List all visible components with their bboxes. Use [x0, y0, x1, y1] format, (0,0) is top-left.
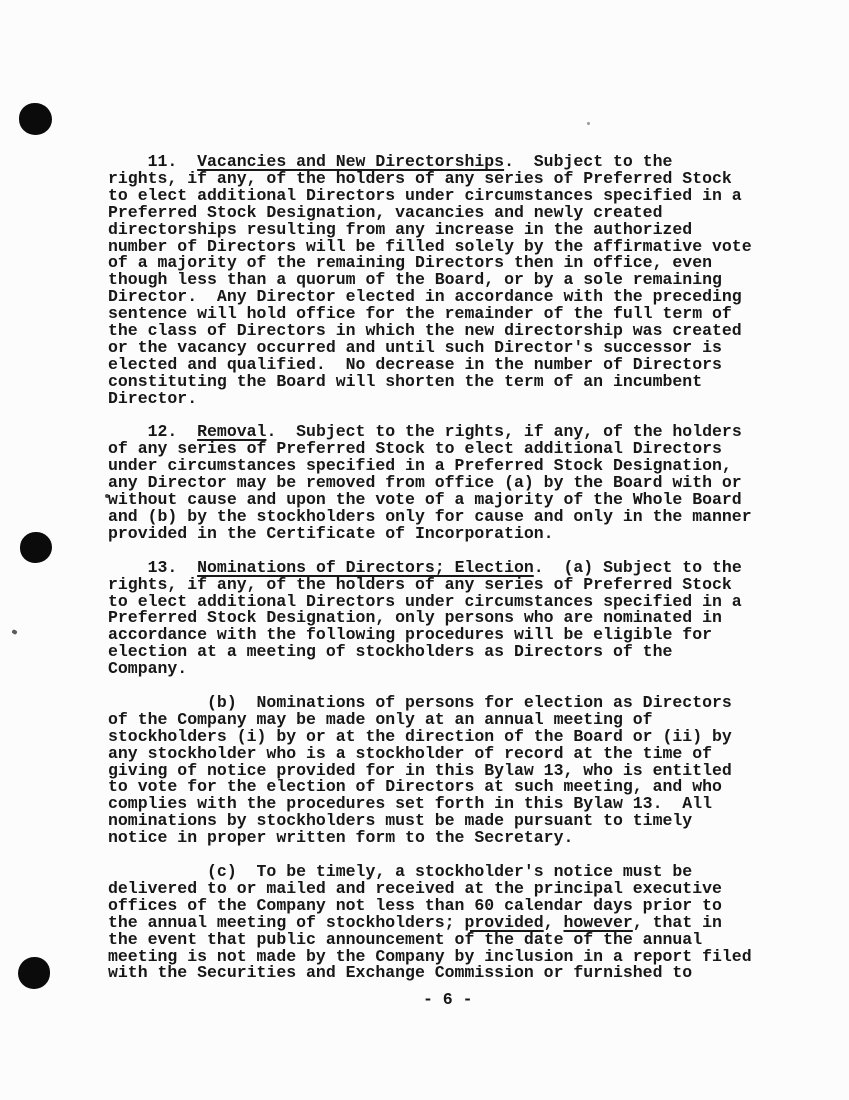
- hole-punch-middle: [20, 532, 52, 563]
- text-run: . Subject to the rights, if any, of the …: [108, 422, 752, 542]
- paragraph-section-13b: (b) Nominations of persons for election …: [108, 695, 788, 847]
- text-run: . (a) Subject to the rights, if any, of …: [108, 558, 742, 678]
- paragraph-section-12: 12. Removal. Subject to the rights, if a…: [108, 424, 788, 542]
- paragraph-section-13: 13. Nominations of Directors; Election. …: [108, 560, 788, 678]
- page-number: - 6 -: [423, 992, 473, 1009]
- scan-speck: [587, 122, 590, 125]
- hole-punch-top: [19, 103, 52, 135]
- paragraph-section-13c: (c) To be timely, a stockholder's notice…: [108, 864, 788, 982]
- scan-speck: [11, 629, 17, 635]
- document-body: 11. Vacancies and New Directorships. Sub…: [108, 154, 788, 982]
- hole-punch-bottom: [18, 957, 50, 989]
- text-run: (b) Nominations of persons for election …: [108, 693, 732, 847]
- paragraph-section-11: 11. Vacancies and New Directorships. Sub…: [108, 154, 788, 408]
- text-run: . Subject to the rights, if any, of the …: [108, 152, 752, 408]
- scanned-document-page: 11. Vacancies and New Directorships. Sub…: [0, 0, 849, 1100]
